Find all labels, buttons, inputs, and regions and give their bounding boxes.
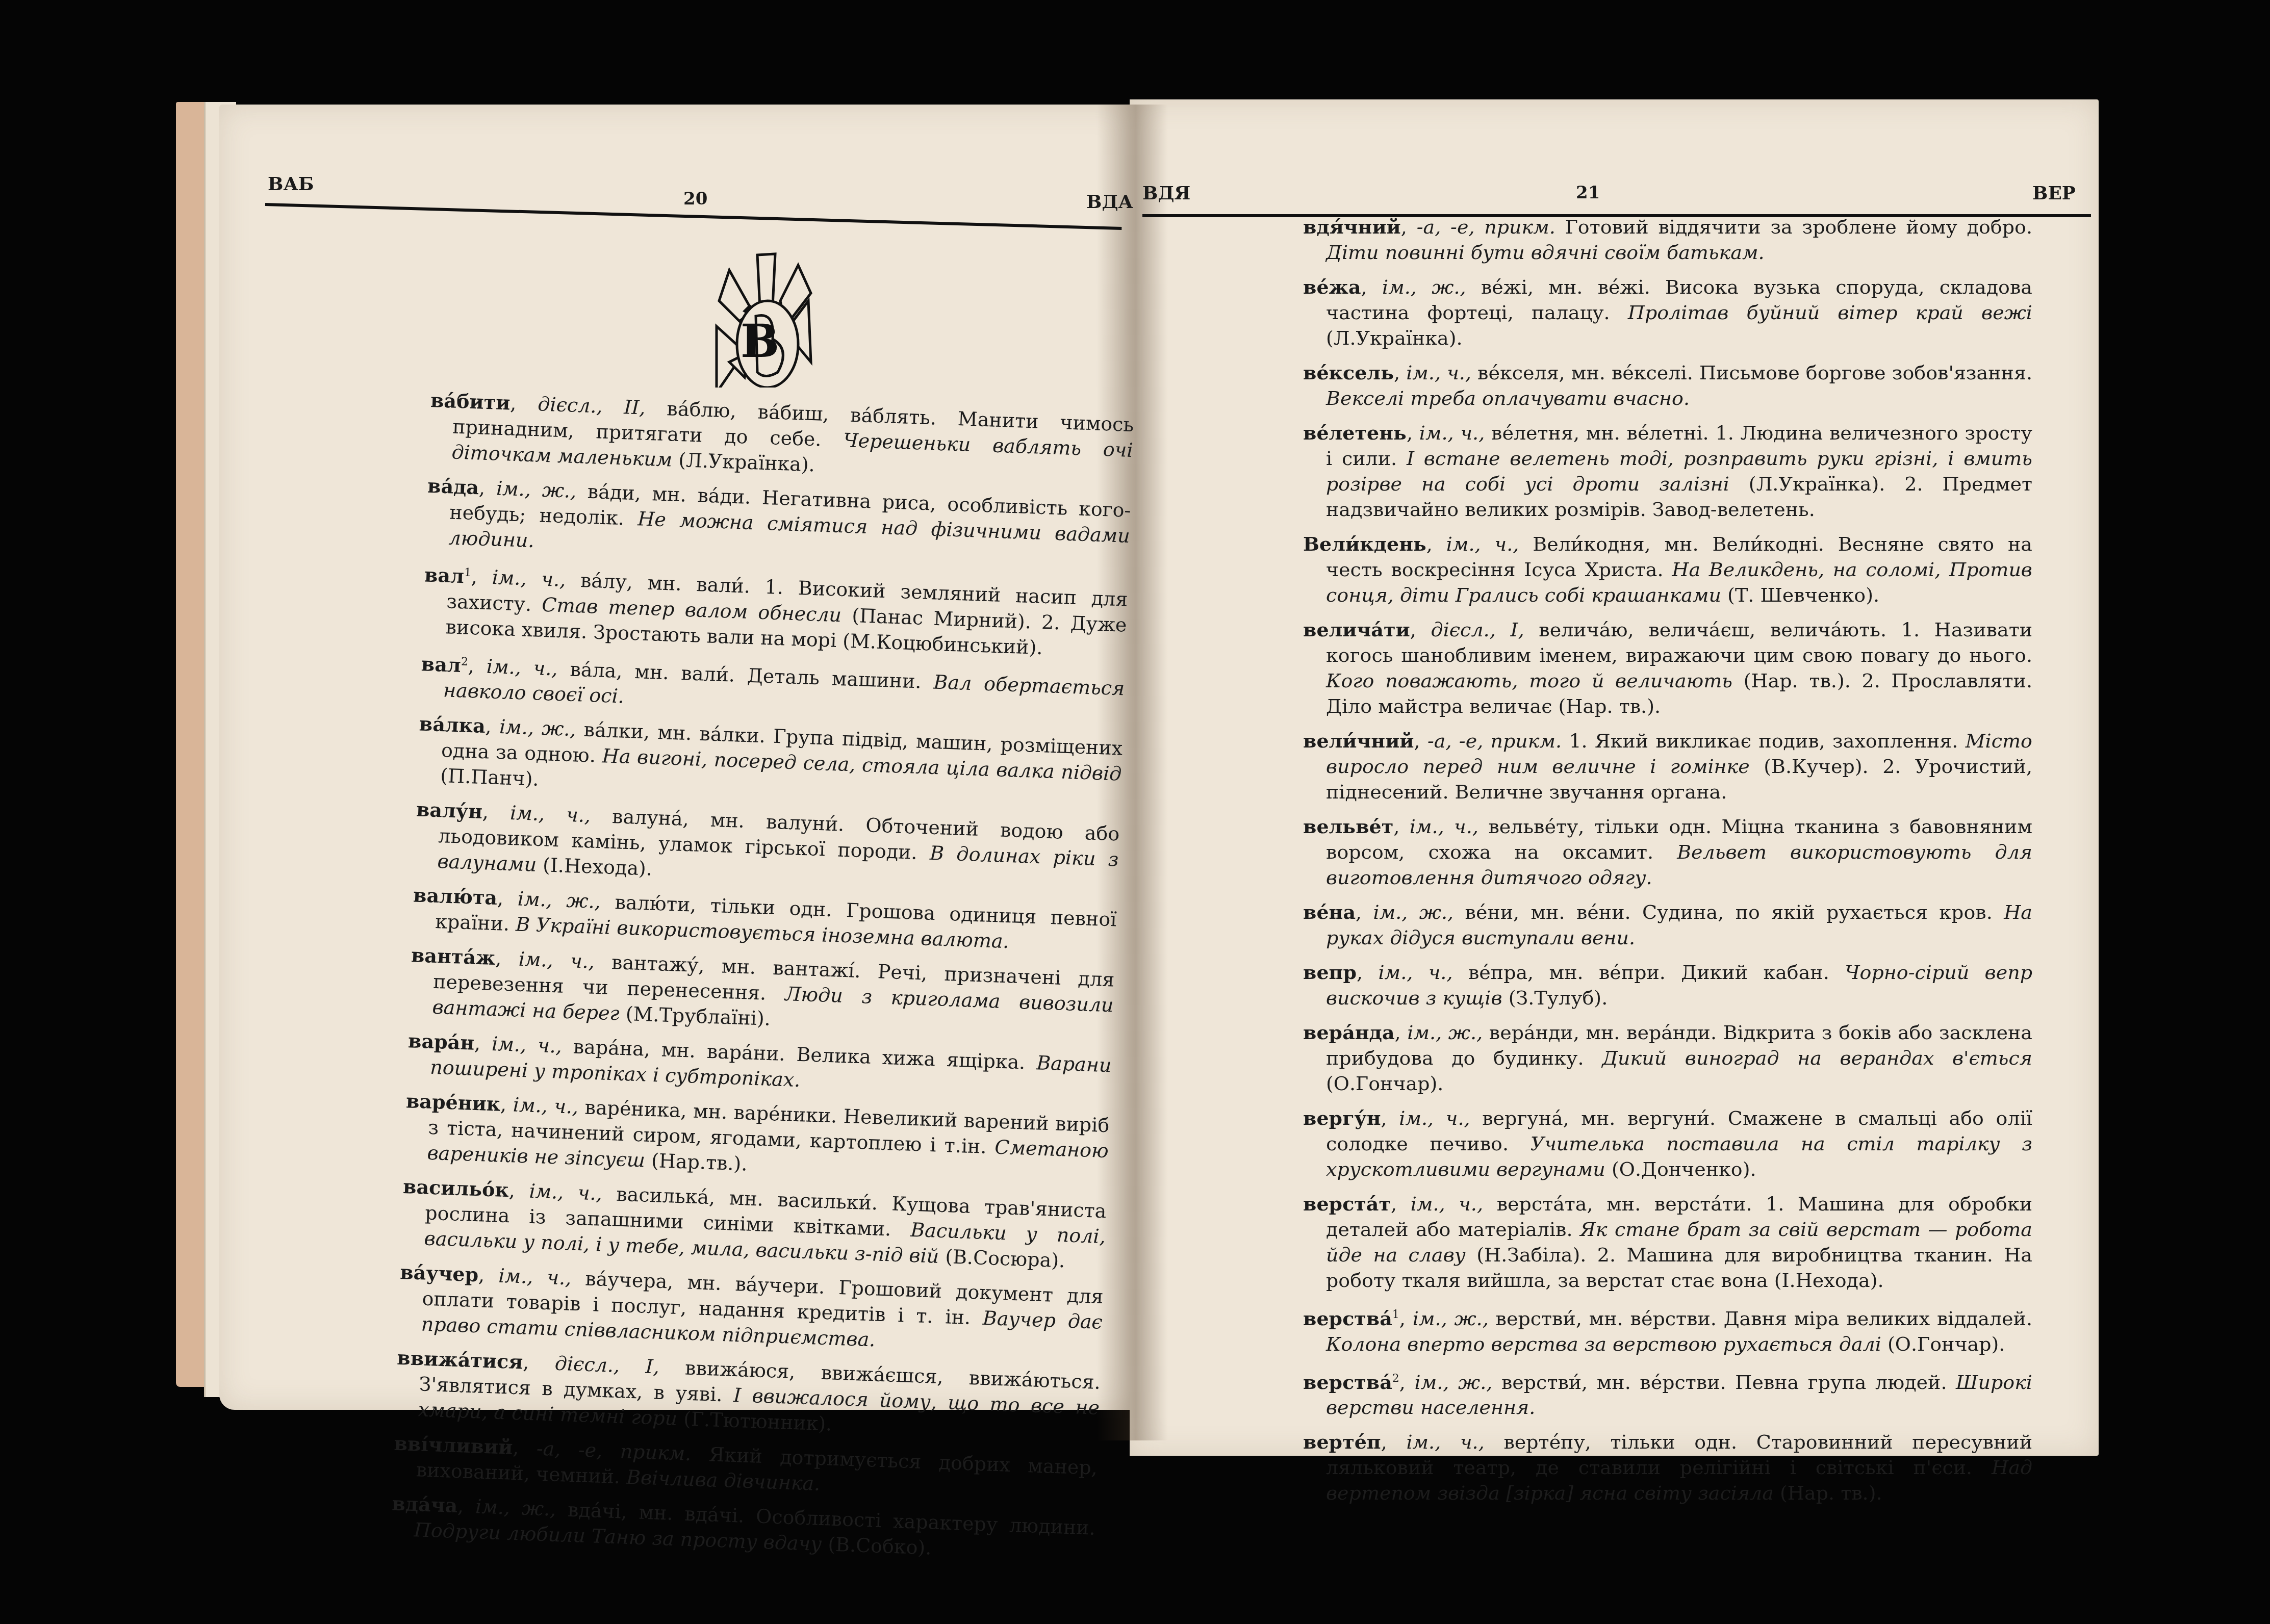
dictionary-entry: верста́т, ім., ч., верста́та, мн. верста… bbox=[1303, 1191, 2032, 1293]
dictionary-entry: ва́учер, ім., ч., ва́учера, мн. ва́учери… bbox=[398, 1259, 1104, 1360]
dictionary-entry: варе́ник, ім., ч., варе́ника, мн. варе́н… bbox=[404, 1088, 1110, 1189]
right-running-head-start: ВДЯ bbox=[1142, 183, 1190, 204]
right-page-number: 21 bbox=[1576, 183, 1600, 203]
dictionary-entry: васильо́к, ім., ч., василька́, мн. васил… bbox=[401, 1174, 1107, 1275]
dictionary-entry: вера́нда, ім., ж., вера́нди, мн. вера́нд… bbox=[1303, 1020, 2032, 1096]
right-page-entries: вдя́чний, -а, -е, прикм. Готовий віддячи… bbox=[1303, 214, 2032, 1515]
svg-text:В: В bbox=[741, 314, 779, 368]
dictionary-entry: верства́1, ім., ж., верстви́, мн. ве́рст… bbox=[1303, 1302, 2032, 1357]
dictionary-entry: ве́жа, ім., ж., ве́жі, мн. ве́жі. Висока… bbox=[1303, 274, 2032, 351]
dictionary-entry: ванта́ж, ім., ч., вантажу́, мн. вантажі́… bbox=[409, 943, 1115, 1044]
dictionary-entry: ве́на, ім., ж., ве́ни, мн. ве́ни. Судина… bbox=[1303, 899, 2032, 950]
dictionary-entry: верте́п, ім., ч., верте́пу, тільки одн. … bbox=[1303, 1429, 2032, 1506]
letter-ornament-icon: В bbox=[709, 250, 821, 388]
right-running-head-end: ВЕР bbox=[2032, 183, 2076, 204]
dictionary-entry: валу́н, ім., ч., валуна́, мн. валуни́. О… bbox=[414, 797, 1120, 898]
dictionary-entry: вергу́н, ім., ч., вергуна́, мн. вергуни́… bbox=[1303, 1105, 2032, 1182]
dictionary-entry: ва́да, ім., ж., ва́ди, мн. ва́ди. Негати… bbox=[425, 473, 1131, 574]
left-running-head-end: ВДА bbox=[1086, 191, 1133, 213]
dictionary-entry: вал1, ім., ч., ва́лу, мн. вали́. 1. Висо… bbox=[422, 559, 1129, 663]
dictionary-entry: Вели́кдень, ім., ч., Вели́кодня, мн. Вел… bbox=[1303, 531, 2032, 608]
dictionary-entry: вдя́чний, -а, -е, прикм. Готовий віддячи… bbox=[1303, 214, 2032, 265]
dictionary-entry: вели́чний, -а, -е, прикм. 1. Який виклик… bbox=[1303, 728, 2032, 805]
dictionary-entry: верства́2, ім., ж., верстви́, мн. ве́рст… bbox=[1303, 1366, 2032, 1421]
dictionary-entry: ве́летень, ім., ч., ве́летня, мн. ве́лет… bbox=[1303, 420, 2032, 522]
left-running-head-start: ВАБ bbox=[268, 173, 314, 195]
dictionary-entry: ва́лка, ім., ж., ва́лки, мн. ва́лки. Гру… bbox=[417, 711, 1123, 812]
dictionary-entry: ве́ксель, ім., ч., ве́кселя, мн. ве́ксел… bbox=[1303, 360, 2032, 411]
left-page-number: 20 bbox=[683, 189, 707, 209]
dictionary-entry: вепр, ім., ч., ве́пра, мн. ве́при. Дикий… bbox=[1303, 960, 2032, 1011]
dictionary-entry: ввижа́тися, дієсл., I, ввижа́юся, ввижа́… bbox=[395, 1345, 1101, 1446]
dictionary-entry: велича́ти, дієсл., I, велича́ю, велича́є… bbox=[1303, 617, 2032, 719]
left-page-entries: ва́бити, дієсл., II, ва́блю, ва́биш, ва́… bbox=[390, 388, 1134, 1576]
dictionary-entry: вельве́т, ім., ч., вельве́ту, тільки одн… bbox=[1303, 814, 2032, 890]
